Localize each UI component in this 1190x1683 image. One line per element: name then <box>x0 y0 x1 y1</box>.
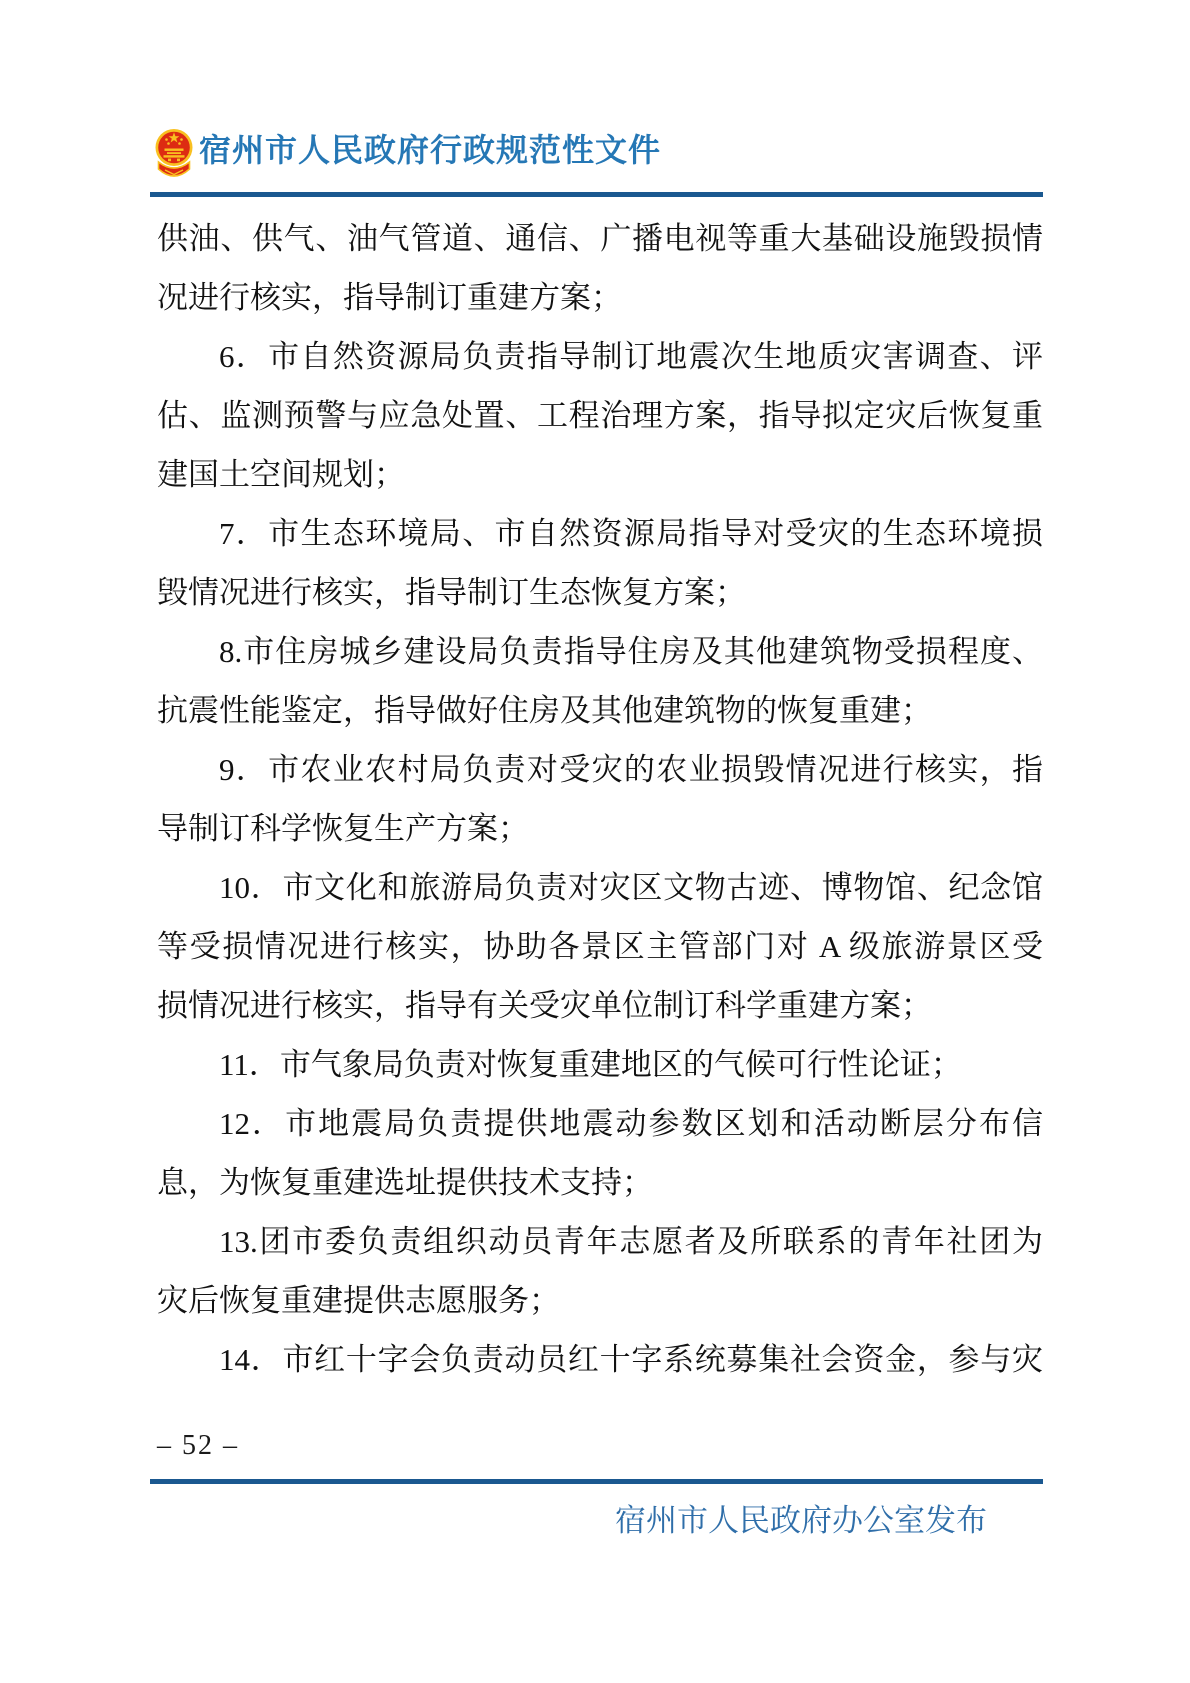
page-title: 宿州市人民政府行政规范性文件 <box>199 130 661 170</box>
text-line: 13.团市委负责组织动员青年志愿者及所联系的青年社团为 <box>157 1212 1043 1271</box>
page-number: – 52 – <box>157 1430 239 1462</box>
text-line: 建国土空间规划； <box>157 445 1043 504</box>
text-line: 况进行核实，指导制订重建方案； <box>157 268 1043 327</box>
text-line: 10．市文化和旅游局负责对灾区文物古迹、博物馆、纪念馆 <box>157 858 1043 917</box>
footer-publisher: 宿州市人民政府办公室发布 <box>615 1502 987 1540</box>
document-page: 宿州市人民政府行政规范性文件 供油、供气、油气管道、通信、广播电视等重大基础设施… <box>0 0 1190 1683</box>
text-line: 12．市地震局负责提供地震动参数区划和活动断层分布信 <box>157 1094 1043 1153</box>
text-line: 14．市红十字会负责动员红十字系统募集社会资金，参与灾 <box>157 1330 1043 1389</box>
text-line: 等受损情况进行核实，协助各景区主管部门对 A 级旅游景区受 <box>157 917 1043 976</box>
text-line: 导制订科学恢复生产方案； <box>157 799 1043 858</box>
text-line: 息，为恢复重建选址提供技术支持； <box>157 1153 1043 1212</box>
text-line: 7．市生态环境局、市自然资源局指导对受灾的生态环境损 <box>157 504 1043 563</box>
footer-divider <box>150 1479 1043 1484</box>
text-line: 抗震性能鉴定，指导做好住房及其他建筑物的恢复重建； <box>157 681 1043 740</box>
national-emblem-icon <box>155 124 193 183</box>
header-divider <box>150 192 1043 197</box>
text-line: 11．市气象局负责对恢复重建地区的气候可行性论证； <box>157 1035 1043 1094</box>
text-line: 灾后恢复重建提供志愿服务； <box>157 1271 1043 1330</box>
text-line: 估、监测预警与应急处置、工程治理方案，指导拟定灾后恢复重 <box>157 386 1043 445</box>
text-line: 6．市自然资源局负责指导制订地震次生地质灾害调查、评 <box>157 327 1043 386</box>
text-line: 供油、供气、油气管道、通信、广播电视等重大基础设施毁损情 <box>157 209 1043 268</box>
text-line: 毁情况进行核实，指导制订生态恢复方案； <box>157 563 1043 622</box>
text-line: 损情况进行核实，指导有关受灾单位制订科学重建方案； <box>157 976 1043 1035</box>
text-line: 9．市农业农村局负责对受灾的农业损毁情况进行核实，指 <box>157 740 1043 799</box>
document-body: 供油、供气、油气管道、通信、广播电视等重大基础设施毁损情况进行核实，指导制订重建… <box>157 209 1043 1389</box>
text-line: 8.市住房城乡建设局负责指导住房及其他建筑物受损程度、 <box>157 622 1043 681</box>
